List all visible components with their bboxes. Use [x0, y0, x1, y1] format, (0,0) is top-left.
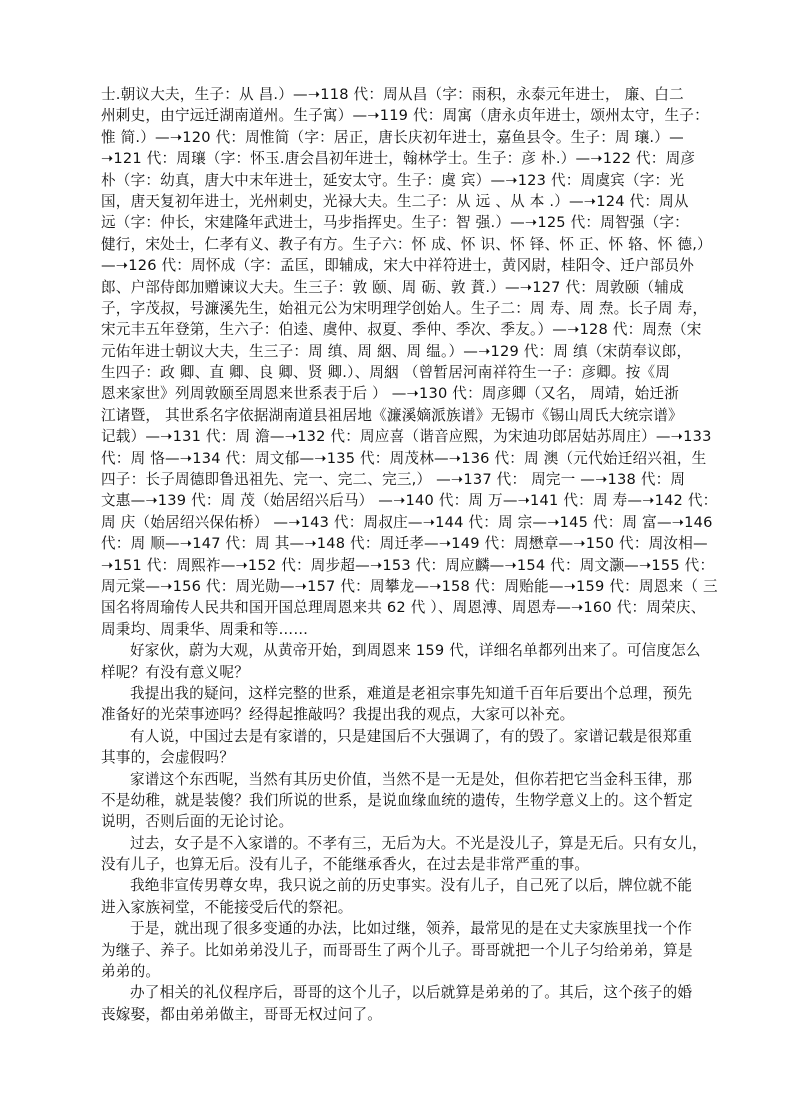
genealogy-line: 代：周 恪—➝134 代：周文郁—➝135 代：周茂林—➝136 代：周 澳（元… — [101, 448, 701, 469]
genealogy-line: 远（字：仲长，宋建隆年武进士，马步指挥史。生子：智 强.）—➝125 代：周智强… — [101, 212, 701, 233]
genealogy-line: 郎、户部侍郎加赠谏议大夫。生三子：敦 颐、周 砺、敦 蕡.）—➝127 代：周敦… — [101, 277, 701, 298]
paragraph: 我提出我的疑问，这样完整的世系，难道是老祖宗事先知道千百年后要出个总理，预先准备… — [101, 683, 701, 726]
paragraph-line: 过去，女子是不入家谱的。不孝有三，无后为大。不光是没儿子，算是无后。只有女儿， — [101, 833, 701, 854]
genealogy-line: 子，字茂叔，号濂溪先生，始祖元公为宋明理学创始人。生子二：周 寿、周 焘。长子周… — [101, 298, 701, 319]
paragraph-line: 丧嫁娶，都由弟弟做主，哥哥无权过问了。 — [101, 1004, 701, 1025]
paragraph-line: 进入家族祠堂，不能接受后代的祭祀。 — [101, 897, 701, 918]
paragraph-line: 于是，就出现了很多变通的办法，比如过继，领养，最常见的是在丈夫家族里找一个作 — [101, 918, 701, 939]
genealogy-line: 生四子：政 卿、直 卿、良 卿、贤 卿.）、周絪 （曾暂居河南祥符生一子：彦卿。… — [101, 362, 701, 383]
paragraph-line: 有人说，中国过去是有家谱的，只是建国后不大强调了，有的毁了。家谱记载是很郑重 — [101, 726, 701, 747]
paragraph: 有人说，中国过去是有家谱的，只是建国后不大强调了，有的毁了。家谱记载是很郑重其事… — [101, 726, 701, 769]
genealogy-list: 士.朝议大夫，生子：从 昌.）—➝118 代：周从昌（字：雨积，永泰元年进士， … — [101, 84, 701, 640]
genealogy-line: 国名将周瑜传人民共和国开国总理周恩来共 62 代 ）、周恩溥、周恩寿—➝160 … — [101, 597, 701, 618]
genealogy-line: 江诸暨， 其世系名字依据湖南道县祖居地《濂溪嫡派族谱》无锡市《锡山周氏大统宗谱》 — [101, 405, 701, 426]
genealogy-line: 健行，宋处士，仁孝有义、教子有方。生子六：怀 成、怀 识、怀 铎、怀 正、怀 辂… — [101, 234, 701, 255]
paragraph: 过去，女子是不入家谱的。不孝有三，无后为大。不光是没儿子，算是无后。只有女儿，没… — [101, 833, 701, 876]
genealogy-line: 代：周 顺—➝147 代：周 其—➝148 代：周迁孝—➝149 代：周懋章—➝… — [101, 533, 701, 554]
paragraph-line: 好家伙，蔚为大观，从黄帝开始，到周恩来 159 代，详细名单都列出来了。可信度怎… — [101, 640, 701, 661]
genealogy-line: ➝151 代：周熙祚—➝152 代：周步超—➝153 代：周应麟—➝154 代：… — [101, 555, 701, 576]
genealogy-line: 周 庆（始居绍兴保佑桥） —➝143 代：周叔庄—➝144 代：周 宗—➝145… — [101, 512, 701, 533]
genealogy-line: —➝126 代：周怀成（字：孟匡，即辅成，宋大中祥符进士，黄冈尉，桂阳令、迁户部… — [101, 255, 701, 276]
paragraph-line: 说明，否则后面的无论讨论。 — [101, 811, 701, 832]
paragraph-line: 不是幼稚，就是装傻？我们所说的世系，是说血缘血统的遗传，生物学意义上的。这个暂定 — [101, 790, 701, 811]
paragraph-line: 我提出我的疑问，这样完整的世系，难道是老祖宗事先知道千百年后要出个总理，预先 — [101, 683, 701, 704]
genealogy-line: 文惠—➝139 代：周 茂（始居绍兴后马） —➝140 代：周 万—➝141 代… — [101, 490, 701, 511]
paragraph: 我绝非宣传男尊女卑，我只说之前的历史事实。没有儿子，自己死了以后，牌位就不能进入… — [101, 875, 701, 918]
paragraph-line: 没有儿子，也算无后。没有儿子，不能继承香火，在过去是非常严重的事。 — [101, 854, 701, 875]
genealogy-line: 周元棠—➝156 代：周光勋—➝157 代：周攀龙—➝158 代：周贻能—➝15… — [101, 576, 701, 597]
genealogy-line: ➝121 代：周瓖（字：怀玉.唐会昌初年进士，翰林学士。生子：彦 朴.）—➝12… — [101, 148, 701, 169]
paragraph: 好家伙，蔚为大观，从黄帝开始，到周恩来 159 代，详细名单都列出来了。可信度怎… — [101, 640, 701, 683]
genealogy-line: 国，唐天复初年进士，光州刺史，光禄大夫。生二子：从 远 、从 本 .）—➝124… — [101, 191, 701, 212]
genealogy-line: 宋元丰五年登第，生六子：伯逵、虞仲、叔夏、季仲、季次、季友。）—➝128 代：周… — [101, 319, 701, 340]
genealogy-line: 朴（字：幼真，唐大中末年进士，延安太守。生子：虞 宾）—➝123 代：周虞宾（字… — [101, 170, 701, 191]
paragraph-line: 其事的，会虚假吗？ — [101, 747, 701, 768]
paragraph-line: 样呢？有没有意义呢？ — [101, 662, 701, 683]
paragraph: 于是，就出现了很多变通的办法，比如过继，领养，最常见的是在丈夫家族里找一个作为继… — [101, 918, 701, 982]
genealogy-line: 元佑年进士朝议大夫，生三子：周 缜、周 絪、周 缊。）—➝129 代：周 缜（宋… — [101, 341, 701, 362]
genealogy-line: 恩来家世》列周敦颐至周恩来世系表于后 ） —➝130 代：周彦卿（又名， 周靖，… — [101, 383, 701, 404]
genealogy-line: 惟 简.）—➝120 代：周惟简（字：居正，唐长庆初年进士，嘉鱼县令。生子：周 … — [101, 127, 701, 148]
paragraph: 家谱这个东西呢，当然有其历史价值，当然不是一无是处，但你若把它当金科玉律，那不是… — [101, 769, 701, 833]
commentary: 好家伙，蔚为大观，从黄帝开始，到周恩来 159 代，详细名单都列出来了。可信度怎… — [101, 640, 701, 1025]
genealogy-line: 记载）—➝131 代：周 澹—➝132 代：周应喜（谐音应熙，为宋迪功郎居姑苏周… — [101, 426, 701, 447]
genealogy-line: 州刺史，由宁远迁湖南道州。生子寓）—➝119 代：周寓（唐永贞年进士，颂州太守，… — [101, 105, 701, 126]
genealogy-line: 周秉均、周秉华、周秉和等…… — [101, 619, 701, 640]
paragraph-line: 我绝非宣传男尊女卑，我只说之前的历史事实。没有儿子，自己死了以后，牌位就不能 — [101, 875, 701, 896]
genealogy-line: 四子：长子周德即鲁迅祖先、完一、完二、完三,） —➝137 代： 周完一 —➝1… — [101, 469, 701, 490]
paragraph: 办了相关的礼仪程序后，哥哥的这个儿子，以后就算是弟弟的了。其后，这个孩子的婚丧嫁… — [101, 982, 701, 1025]
paragraph-line: 弟弟的。 — [101, 961, 701, 982]
genealogy-line: 士.朝议大夫，生子：从 昌.）—➝118 代：周从昌（字：雨积，永泰元年进士， … — [101, 84, 701, 105]
paragraph-line: 办了相关的礼仪程序后，哥哥的这个儿子，以后就算是弟弟的了。其后，这个孩子的婚 — [101, 982, 701, 1003]
paragraph-line: 为继子、养子。比如弟弟没儿子，而哥哥生了两个儿子。哥哥就把一个儿子匀给弟弟，算是 — [101, 940, 701, 961]
document-page: 士.朝议大夫，生子：从 昌.）—➝118 代：周从昌（字：雨积，永泰元年进士， … — [101, 84, 701, 1025]
paragraph-line: 准备好的光荣事迹吗？经得起推敲吗？我提出我的观点，大家可以补充。 — [101, 704, 701, 725]
paragraph-line: 家谱这个东西呢，当然有其历史价值，当然不是一无是处，但你若把它当金科玉律，那 — [101, 769, 701, 790]
